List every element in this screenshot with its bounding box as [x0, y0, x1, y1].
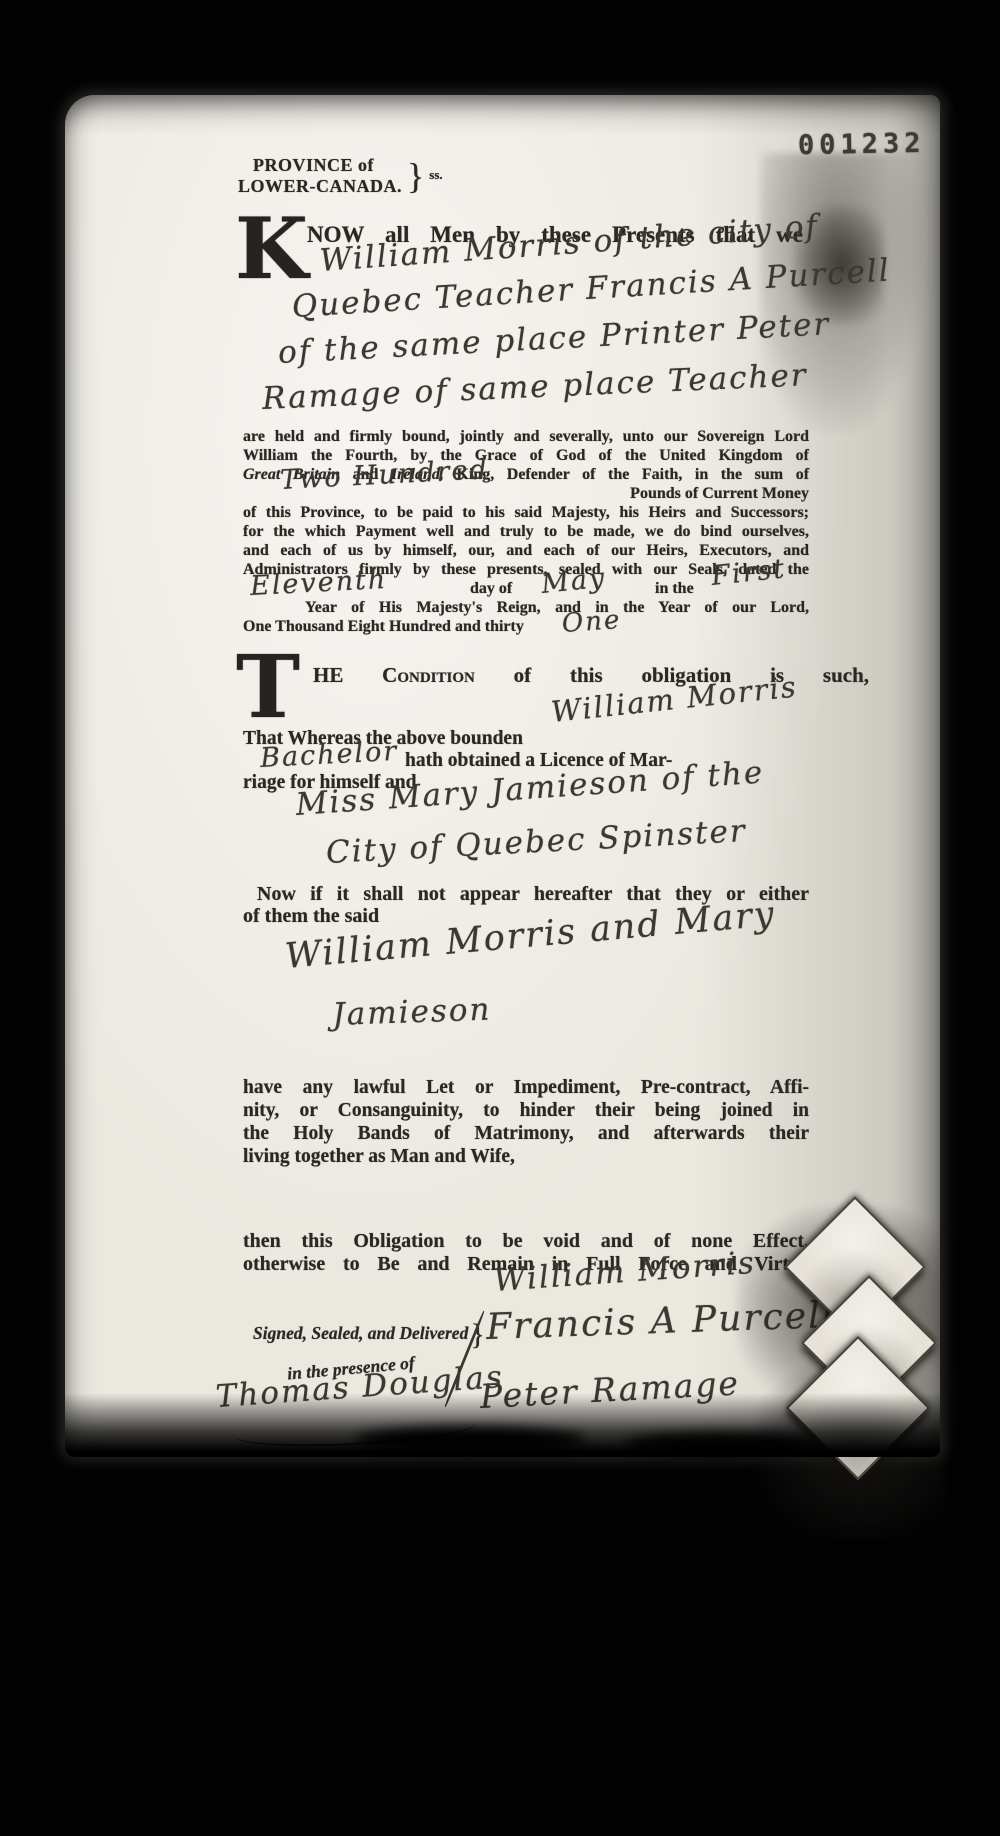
bond-in-the-label: in the — [655, 580, 694, 598]
bond-line-5: of this Province, to be paid to his said… — [243, 504, 809, 522]
impediment-line-2: nity, or Consanguinity, to hinder their … — [243, 1100, 809, 1122]
attestation-line-1: Signed, Sealed, and Delivered — [253, 1323, 468, 1344]
handwritten-day: Eleventh — [249, 564, 388, 602]
bottom-edge-blob-2 — [625, 1433, 815, 1455]
bond-day-of-label: day of — [470, 580, 512, 598]
jurat-brace: } — [407, 155, 424, 197]
handwritten-bride-line-2: City of Quebec Spinster — [325, 813, 747, 871]
photostat-scan: 001232 PROVINCE of LOWER-CANADA. } ss. K… — [0, 0, 1000, 1836]
handwritten-regnal-year: First — [710, 553, 788, 592]
signature-peter-ramage: Peter Ramage — [479, 1363, 741, 1416]
attestation: Signed, Sealed, and Delivered } — [253, 1323, 485, 1347]
bond-line-6: for the which Payment well and truly to … — [243, 523, 809, 541]
signature-flourish — [234, 1409, 475, 1452]
impediment-line-4: living together as Man and Wife, — [243, 1146, 515, 1168]
jurat-lower-canada-line: LOWER-CANADA. — [238, 176, 402, 197]
handwritten-names-line-2: Jamieson — [332, 991, 492, 1033]
handwritten-status: Bachelor — [259, 736, 399, 774]
proviso-line-2: of them the said — [243, 905, 379, 928]
bond-line-3-rest: King, Defender of the Faith, in the sum … — [456, 466, 809, 483]
jurat-province-line: PROVINCE of — [238, 155, 402, 176]
handwritten-year: One — [561, 605, 622, 639]
bond-line-4: Pounds of Current Money — [243, 485, 809, 503]
impediment-line-1: have any lawful Let or Impediment, Pre-c… — [243, 1077, 809, 1099]
bond-line-7: and each of us by himself, our, and each… — [243, 542, 809, 560]
bond-line-1: are held and firmly bound, jointly and s… — [243, 428, 809, 446]
condition-word: Condition — [382, 663, 475, 687]
bottom-edge-blob-1 — [355, 1427, 585, 1453]
impediment-line-3: the Holy Bands of Matrimony, and afterwa… — [243, 1123, 809, 1145]
dropcap-t: T — [236, 653, 300, 724]
jurat-ss: ss. — [429, 167, 442, 183]
bond-line-10: Year of His Majesty's Reign, and in the … — [305, 599, 809, 617]
bond-line-11: One Thousand Eight Hundred and thirty — [243, 618, 524, 636]
condition-he: HE — [313, 663, 343, 687]
handwritten-month: May — [540, 562, 608, 600]
dropcap-k: K — [235, 215, 308, 284]
jurat: PROVINCE of LOWER-CANADA. } ss. — [238, 155, 443, 197]
document-page: 001232 PROVINCE of LOWER-CANADA. } ss. K… — [65, 95, 940, 1455]
